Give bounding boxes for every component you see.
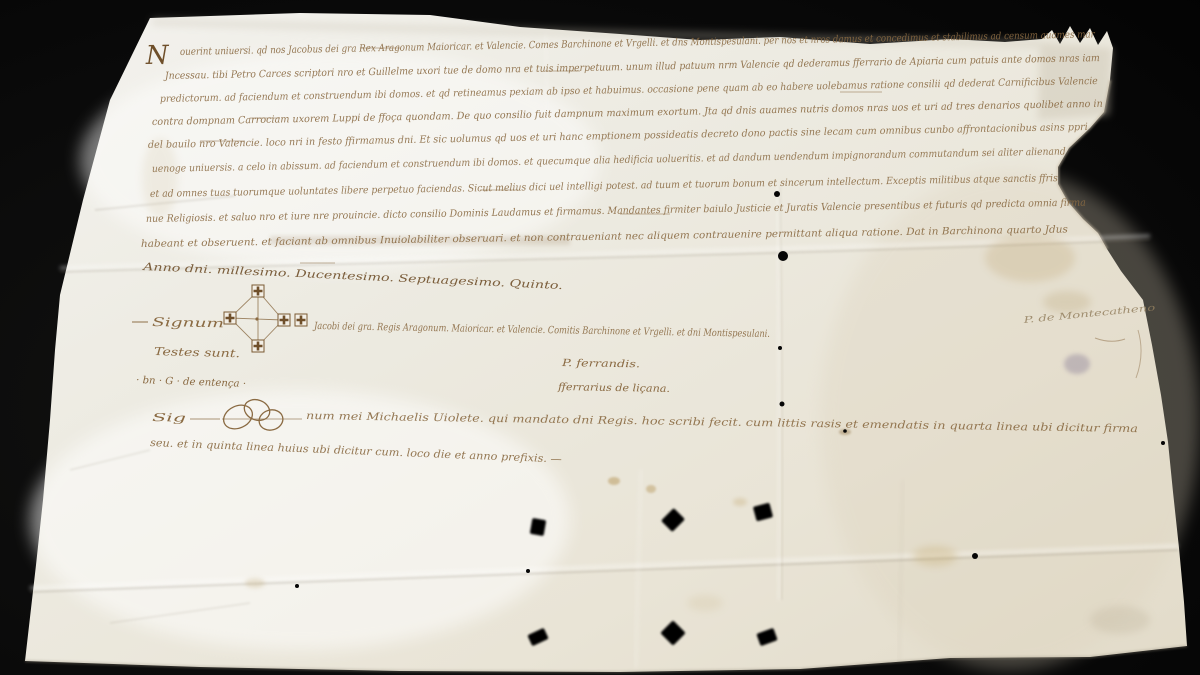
- cross-pattee-box: [252, 285, 264, 297]
- signum-hub-dot: [255, 317, 258, 320]
- ink-speck: [843, 429, 847, 433]
- stain: [985, 234, 1075, 282]
- ink-speck: [972, 553, 978, 559]
- fold-hole: [778, 346, 782, 350]
- stain: [245, 578, 265, 588]
- witness-name-center-2: fferrarius de liçana.: [557, 382, 670, 395]
- witness-name-center-1: P. ferrandis.: [561, 358, 640, 370]
- sewing-hole: [530, 518, 547, 536]
- ink-speck: [1161, 441, 1165, 445]
- stain: [687, 595, 723, 611]
- cross-pattee-box: [295, 314, 307, 326]
- fold-hole: [778, 251, 788, 261]
- cross-pattee-box: [278, 314, 290, 326]
- cross-pattee-box: [252, 340, 264, 352]
- notary-sig-word: Sig: [152, 411, 186, 425]
- stain: [1090, 606, 1150, 634]
- stain: [646, 485, 656, 493]
- ink-speck: [526, 569, 530, 573]
- ink-smudge: [1064, 354, 1090, 374]
- parchment-photo: N ouerint uniuersi. qd nos Jacobus dei g…: [0, 0, 1200, 675]
- stain: [733, 498, 747, 506]
- stain: [608, 477, 620, 485]
- signum-word: Signum: [152, 315, 224, 330]
- ink-speck: [295, 584, 299, 588]
- fold-hole: [780, 402, 785, 407]
- witness-heading: Testes sunt.: [154, 345, 240, 360]
- stain: [913, 546, 957, 566]
- cross-pattee-box: [224, 312, 236, 324]
- initial-letter: N: [145, 41, 171, 71]
- fold-hole: [774, 191, 780, 197]
